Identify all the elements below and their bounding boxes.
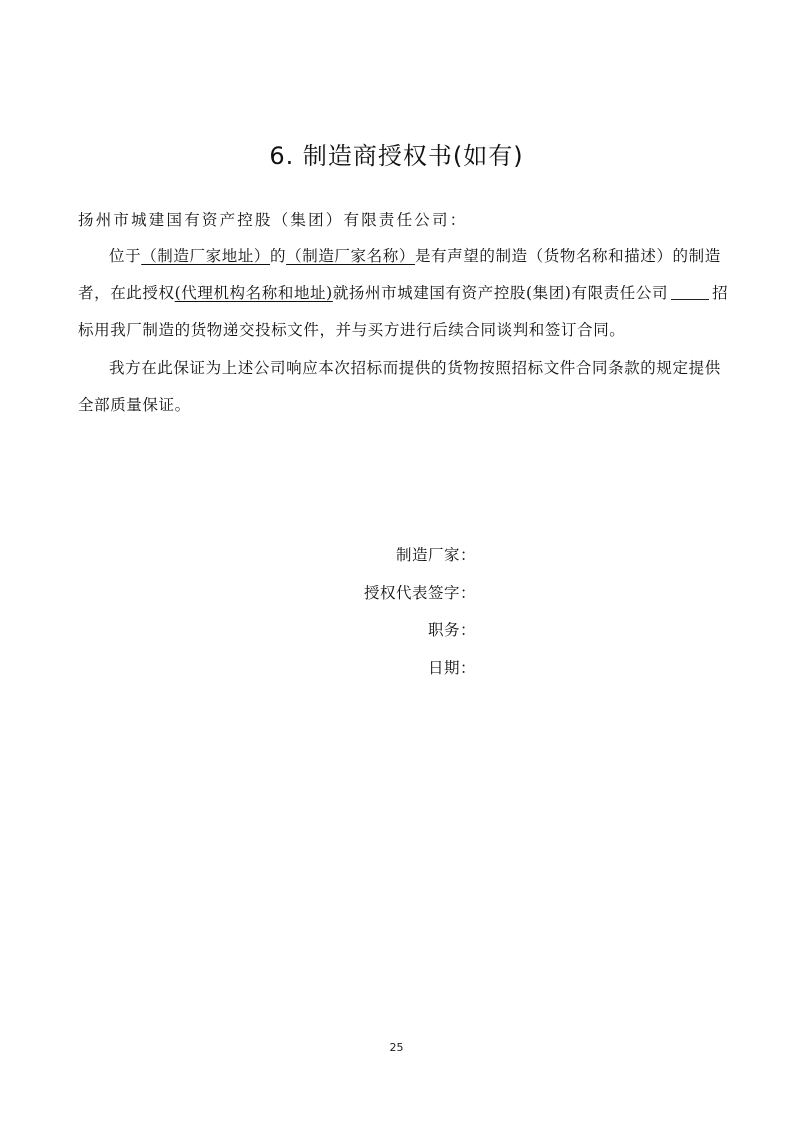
manufacturer-address-field: （制造厂家地址） [141, 247, 270, 265]
paragraph-line: 全部质量保证。 [78, 387, 718, 424]
signature-field-representative: 授权代表签字： [330, 581, 476, 619]
signature-field-date: 日期： [330, 656, 476, 694]
page-number: 25 [0, 1041, 793, 1054]
guarantee-paragraph: 我方在此保证为上述公司响应本次招标而提供的货物按照招标文件合同条款的规定提供 全… [78, 350, 718, 424]
signature-field-manufacturer: 制造厂家： [330, 543, 476, 581]
signature-field-position: 职务： [330, 618, 476, 656]
text-segment: 者，在此授权 [78, 284, 175, 302]
authorization-paragraph: 位于（制造厂家地址）的（制造厂家名称）是有声望的制造（货物名称和描述）的制造 者… [78, 238, 718, 349]
paragraph-line: 者，在此授权(代理机构名称和地址)就扬州市城建国有资产控股(集团)有限责任公司招 [78, 275, 718, 312]
text-segment: 就扬州市城建国有资产控股(集团)有限责任公司 [333, 284, 668, 302]
signature-block: 制造厂家： 授权代表签字： 职务： 日期： [330, 543, 476, 693]
manufacturer-name-field: （制造厂家名称） [286, 247, 415, 265]
text-segment: 的 [270, 247, 286, 265]
paragraph-line: 标用我厂制造的货物递交投标文件，并与买方进行后续合同谈判和签订合同。 [78, 312, 718, 349]
paragraph-line: 位于（制造厂家地址）的（制造厂家名称）是有声望的制造（货物名称和描述）的制造 [78, 238, 718, 275]
paragraph-line: 我方在此保证为上述公司响应本次招标而提供的货物按照招标文件合同条款的规定提供 [78, 350, 718, 387]
addressee: 扬州市城建国有资产控股（集团）有限责任公司： [78, 208, 467, 230]
document-page: 6. 制造商授权书(如有) 扬州市城建国有资产控股（集团）有限责任公司： 位于（… [0, 0, 793, 1122]
text-segment: 是有声望的制造（货物名称和描述）的制造 [415, 247, 721, 265]
text-segment: 位于 [109, 247, 141, 265]
section-title: 6. 制造商授权书(如有) [0, 136, 793, 171]
agent-name-address-field: (代理机构名称和地址) [175, 284, 333, 302]
text-segment: 招 [712, 284, 728, 302]
blank-fill-line [671, 283, 709, 300]
